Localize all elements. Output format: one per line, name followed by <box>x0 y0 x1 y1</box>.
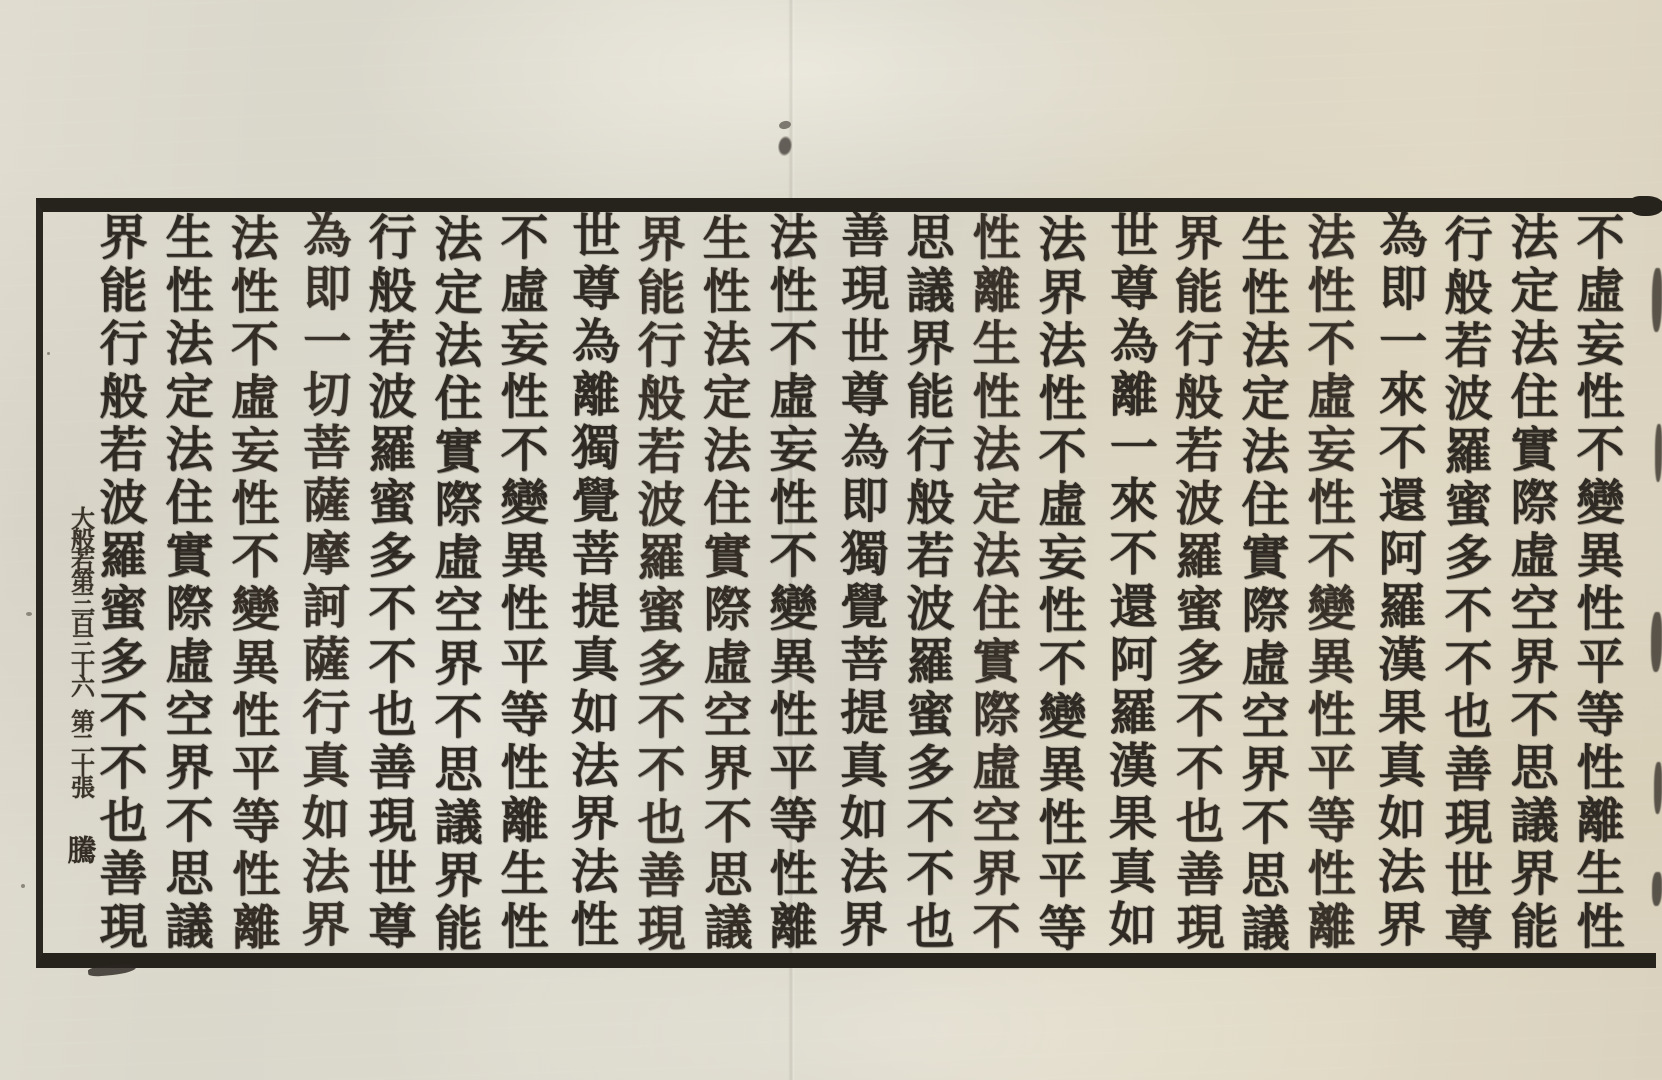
right-edge-ink-fragment <box>1652 268 1662 332</box>
text-column: 法界法性不虛妄性不變異性平等 <box>1031 214 1084 956</box>
paper-speck <box>47 352 50 355</box>
right-edge-ink-fragment <box>1651 612 1662 672</box>
text-column: 思議界能行般若波羅蜜多不不也 <box>899 212 952 954</box>
text-column: 不虛妄性不變異性平等性離生性 <box>1569 212 1622 954</box>
text-column: 為即一切菩薩摩訶薩行真如法界 <box>294 210 349 952</box>
sheet-label: 第二十張 <box>64 709 99 797</box>
text-column: 法定法住實際虛空界不思議界能 <box>1503 212 1556 954</box>
text-column: 界能行般若波羅蜜多不不也善現 <box>1167 213 1222 955</box>
margin-column: 大般若第三百三十六 第二十張 騰 <box>60 506 102 864</box>
text-column: 為即一來不還阿羅漢果真如法界 <box>1370 210 1425 952</box>
text-column: 界能行般若波羅蜜多不不也善現 <box>630 214 683 956</box>
sutra-text-block: 不虛妄性不變異性平等性離生性法定法住實際虛空界不思議界能行般若波羅蜜多不不也善現… <box>80 212 1622 954</box>
paper-speck <box>26 612 32 616</box>
sutra-page-scan: 不虛妄性不變異性平等性離生性法定法住實際虛空界不思議界能行般若波羅蜜多不不也善現… <box>0 0 1662 1080</box>
text-column: 法性不虛妄性不變異性平等性離 <box>762 212 815 954</box>
volume-label: 大般若第三百三十六 <box>64 506 99 695</box>
text-column: 生性法定法住實際虛空界不思議 <box>158 212 211 954</box>
text-column: 不虛妄性不變異性平等性離生性 <box>493 212 546 954</box>
text-column: 法定法住實際虛空界不思議界能 <box>427 214 480 956</box>
text-column: 善現世尊為即獨覺菩提真如法界 <box>832 210 887 952</box>
text-column: 生性法定法住實際虛空界不思議 <box>1234 214 1287 956</box>
text-column: 世尊為離獨覺菩提真如法界法性 <box>563 210 618 952</box>
right-edge-ink-fragment <box>1654 762 1662 814</box>
text-column: 行般若波羅蜜多不不也善現世尊 <box>1437 214 1490 956</box>
text-column: 法性不虛妄性不變異性平等性離 <box>223 213 278 955</box>
paper-speck <box>21 884 25 888</box>
right-edge-ink-fragment <box>1655 424 1662 482</box>
collation-mark: 騰 <box>61 835 102 864</box>
text-column: 性離生性法定法住實際虛空界不 <box>965 212 1018 954</box>
text-column: 世尊為離一來不還阿羅漢果真如 <box>1101 210 1156 952</box>
text-column: 生性法定法住實際虛空界不思議 <box>695 213 750 955</box>
right-edge-ink-fragment <box>1652 872 1662 906</box>
text-column: 法性不虛妄性不變異性平等性離 <box>1300 212 1353 954</box>
text-column: 行般若波羅蜜多不不也善現世尊 <box>361 212 414 954</box>
